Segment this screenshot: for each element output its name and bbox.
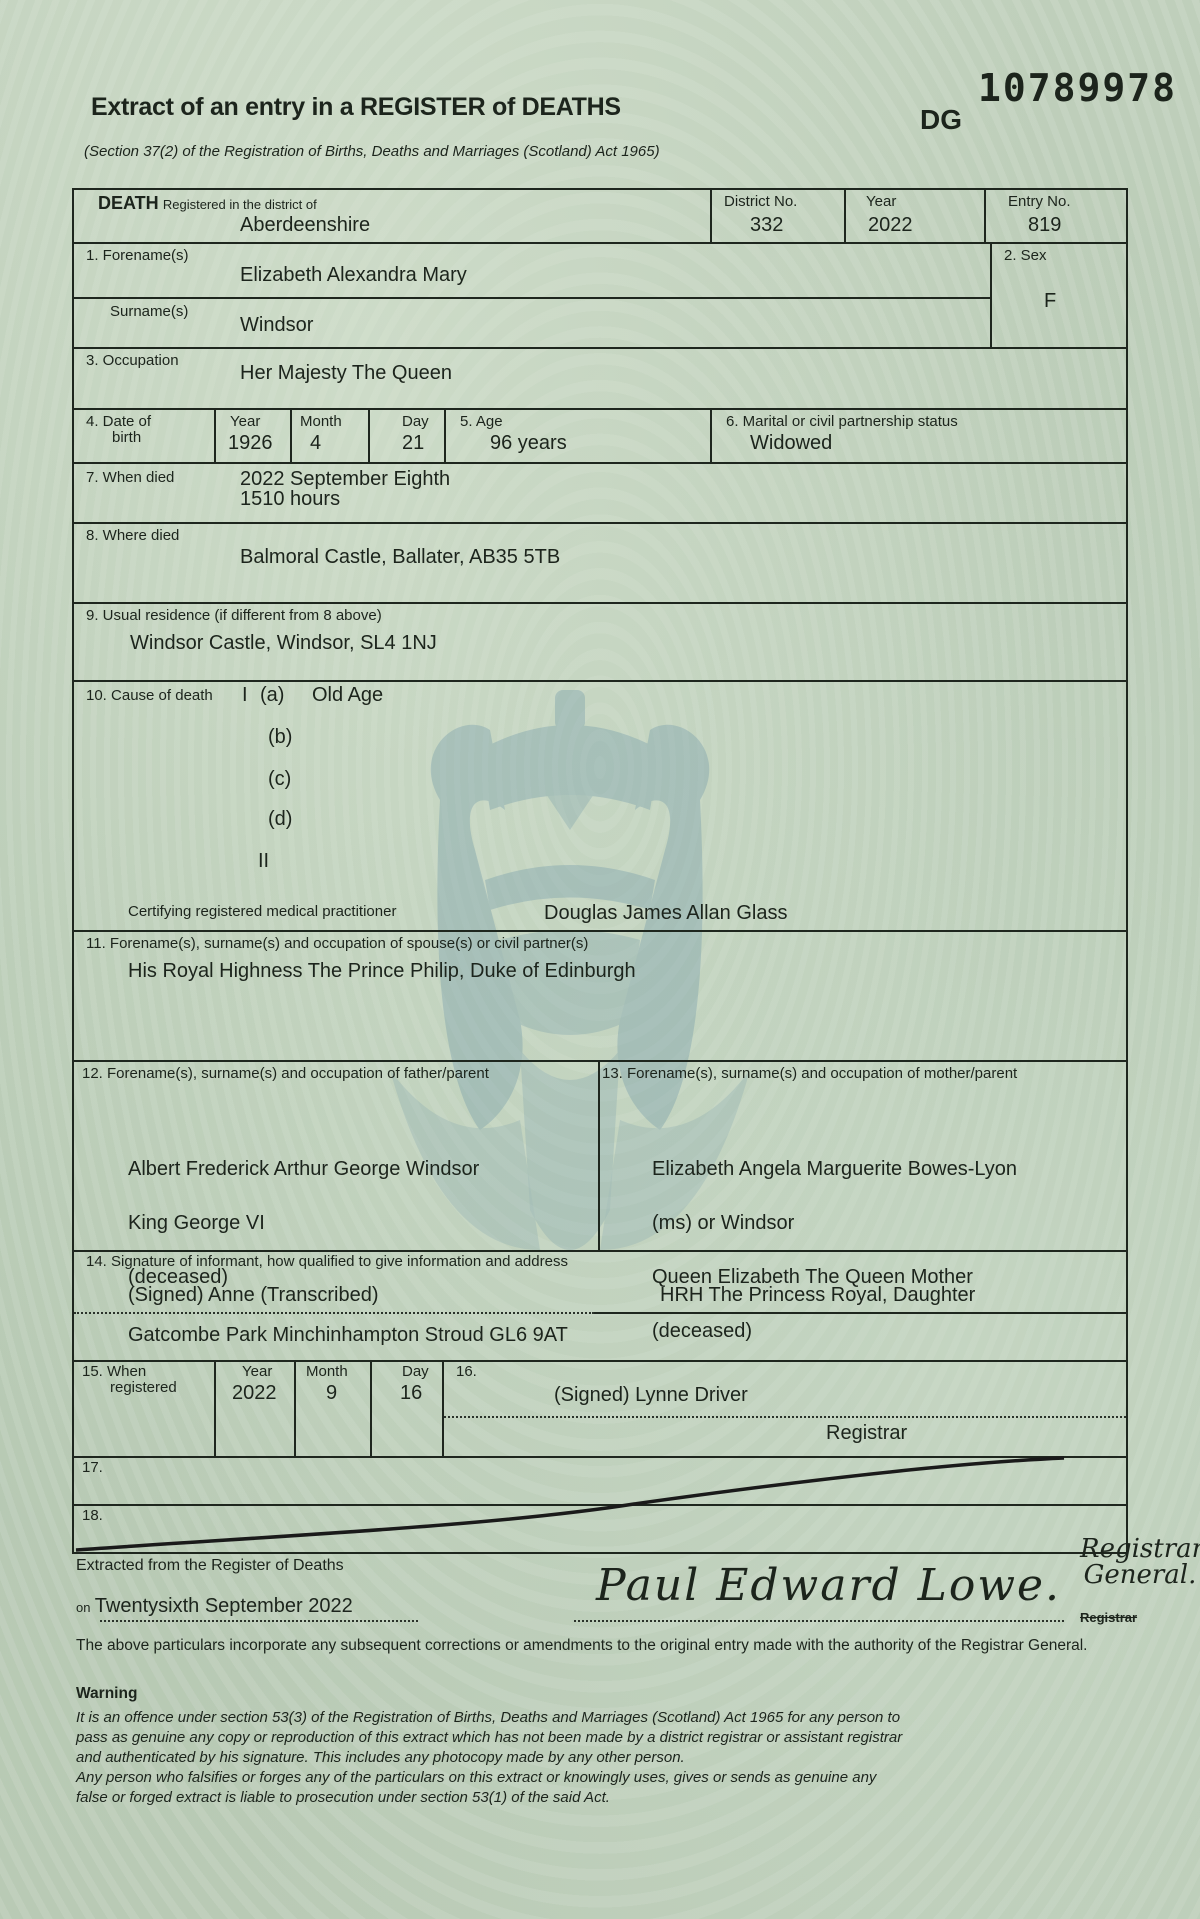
reg-day-value: 16 bbox=[400, 1382, 422, 1404]
entry-no-label: Entry No. bbox=[1008, 194, 1071, 210]
reg-year-value: 2022 bbox=[232, 1382, 277, 1404]
age-label: 5. Age bbox=[460, 414, 503, 430]
cause-a-value: Old Age bbox=[312, 684, 383, 706]
reg-month-label: Month bbox=[306, 1364, 348, 1380]
informant-address: Gatcombe Park Minchinhampton Stroud GL6 … bbox=[128, 1324, 568, 1346]
spouse-value: His Royal Highness The Prince Philip, Du… bbox=[128, 960, 636, 982]
entry-no-value: 819 bbox=[1028, 214, 1061, 236]
informant-signature: (Signed) Anne (Transcribed) bbox=[128, 1284, 379, 1306]
document-title: Extract of an entry in a REGISTER of DEA… bbox=[91, 93, 621, 122]
registrar-signature: (Signed) Lynne Driver bbox=[554, 1384, 748, 1406]
occupation-label: 3. Occupation bbox=[86, 353, 179, 369]
forenames-label: 1. Forename(s) bbox=[86, 248, 189, 264]
when-died-date: 2022 September Eighth bbox=[240, 468, 450, 490]
extracted-label: Extracted from the Register of Deaths bbox=[76, 1556, 344, 1576]
registrar-field-label: 16. bbox=[456, 1364, 477, 1380]
district-no-value: 332 bbox=[750, 214, 783, 236]
surname-label: Surname(s) bbox=[110, 304, 188, 320]
sex-label: 2. Sex bbox=[1004, 248, 1047, 264]
dob-label: 4. Date of birth bbox=[86, 414, 151, 446]
age-value: 96 years bbox=[490, 432, 567, 454]
amendments-notice: The above particulars incorporate any su… bbox=[76, 1636, 1166, 1656]
spouse-label: 11. Forename(s), surname(s) and occupati… bbox=[86, 936, 588, 952]
extract-date-line: on Twentysixth September 2022 bbox=[76, 1596, 353, 1618]
reg-day-label: Day bbox=[402, 1364, 429, 1380]
handwritten-registrar-general: Registrar General. bbox=[1080, 1536, 1200, 1588]
practitioner-value: Douglas James Allan Glass bbox=[544, 902, 787, 924]
cause-a-label: (a) bbox=[260, 684, 284, 706]
informant-label: 14. Signature of informant, how qualifie… bbox=[86, 1254, 568, 1270]
district-value: Aberdeenshire bbox=[240, 214, 370, 236]
father-label: 12. Forename(s), surname(s) and occupati… bbox=[82, 1066, 489, 1082]
cause-of-death-label: 10. Cause of death bbox=[86, 688, 213, 704]
forenames-value: Elizabeth Alexandra Mary bbox=[240, 264, 467, 286]
mother-label: 13. Forename(s), surname(s) and occupati… bbox=[602, 1066, 1017, 1082]
series-code: DG bbox=[920, 104, 962, 136]
document-subtitle: (Section 37(2) of the Registration of Bi… bbox=[84, 143, 660, 160]
when-died-label: 7. When died bbox=[86, 470, 174, 486]
informant-qualification: HRH The Princess Royal, Daughter bbox=[660, 1284, 975, 1306]
registration-heading: DEATH Registered in the district of bbox=[98, 195, 317, 213]
year-label: Year bbox=[866, 194, 896, 210]
warning-text: It is an offence under section 53(3) of … bbox=[76, 1708, 902, 1808]
dob-year-value: 1926 bbox=[228, 432, 273, 454]
marital-status-value: Widowed bbox=[750, 432, 832, 454]
residence-value: Windsor Castle, Windsor, SL4 1NJ bbox=[130, 632, 437, 654]
marital-status-label: 6. Marital or civil partnership status bbox=[726, 414, 958, 430]
serial-number: 10789978 bbox=[978, 66, 1177, 110]
where-died-value: Balmoral Castle, Ballater, AB35 5TB bbox=[240, 546, 560, 568]
registrar-general-signature: Paul Edward Lowe. bbox=[596, 1560, 1061, 1611]
cancellation-stroke-icon bbox=[74, 1456, 1126, 1552]
dob-month-label: Month bbox=[300, 414, 342, 430]
dob-day-label: Day bbox=[402, 414, 429, 430]
cause-c-label: (c) bbox=[268, 768, 291, 790]
cause-d-label: (d) bbox=[268, 808, 292, 830]
when-died-time: 1510 hours bbox=[240, 488, 340, 510]
cause-part-i: I bbox=[242, 684, 248, 706]
practitioner-label: Certifying registered medical practition… bbox=[128, 904, 396, 920]
cause-b-label: (b) bbox=[268, 726, 292, 748]
occupation-value: Her Majesty The Queen bbox=[240, 362, 452, 384]
surname-value: Windsor bbox=[240, 314, 313, 336]
reg-year-label: Year bbox=[242, 1364, 272, 1380]
dob-day-value: 21 bbox=[402, 432, 424, 454]
year-value: 2022 bbox=[868, 214, 913, 236]
dob-year-label: Year bbox=[230, 414, 260, 430]
warning-heading: Warning bbox=[76, 1684, 137, 1704]
residence-label: 9. Usual residence (if different from 8 … bbox=[86, 608, 382, 624]
district-no-label: District No. bbox=[724, 194, 797, 210]
dob-month-value: 4 bbox=[310, 432, 321, 454]
where-died-label: 8. Where died bbox=[86, 528, 179, 544]
registered-label: 15. When registered bbox=[82, 1364, 177, 1396]
sex-value: F bbox=[1044, 290, 1056, 312]
cause-part-ii: II bbox=[258, 850, 269, 872]
reg-month-value: 9 bbox=[326, 1382, 337, 1404]
death-register-form: DEATH Registered in the district of Aber… bbox=[72, 188, 1128, 1554]
printed-registrar-title: Registrar bbox=[1080, 1610, 1137, 1625]
registrar-title: Registrar bbox=[826, 1422, 907, 1444]
